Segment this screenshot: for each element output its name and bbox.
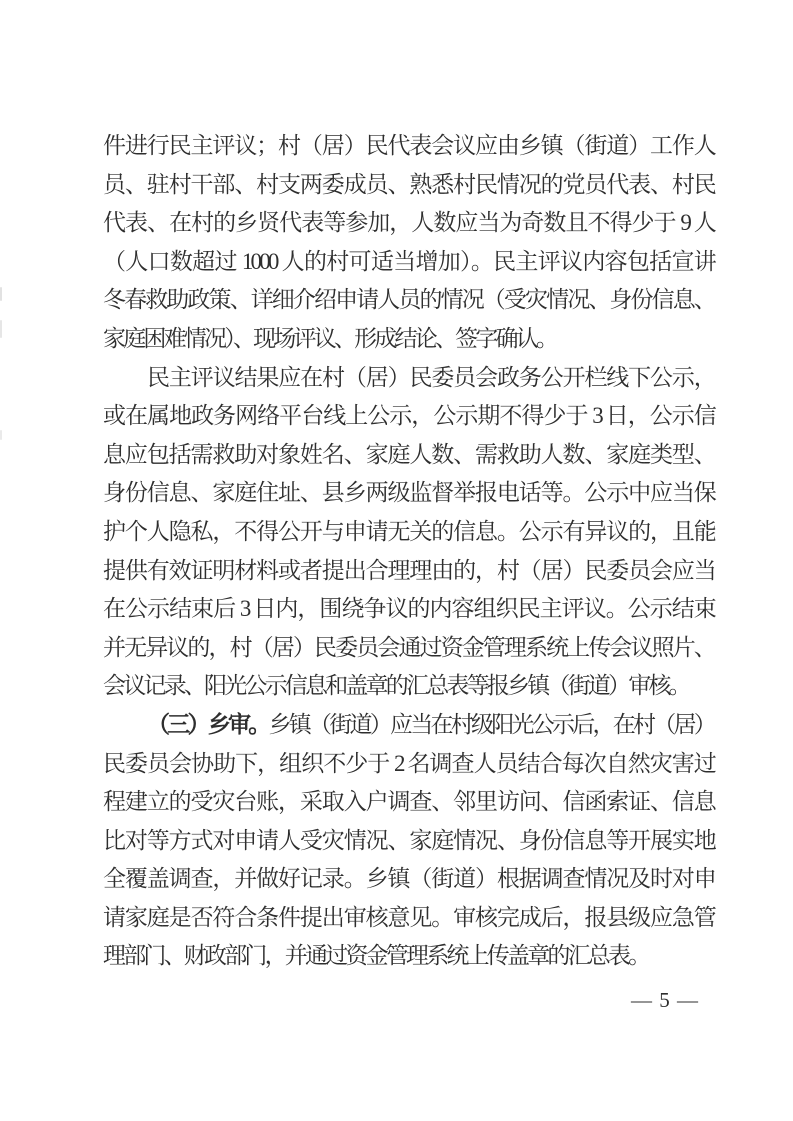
text-line: 身份信息、家庭住址、县乡两级监督举报电话等。公示中应当保 [103, 474, 714, 513]
text-line: 护个人隐私，不得公开与申请无关的信息。公示有异议的，且能 [103, 513, 714, 552]
text-line: 会议记录、阳光公示信息和盖章的汇总表等报乡镇（街道）审核。 [103, 667, 714, 706]
text-line: 息应包括需救助对象姓名、家庭人数、需救助人数、家庭类型、 [103, 436, 714, 475]
text-line-continuation: 乡镇（街道）应当在村级阳光公示后，在村（居） [269, 712, 714, 737]
text-line: 或在属地政务网络平台线上公示，公示期不得少于 3 日，公示信 [103, 397, 714, 436]
section-heading: （三）乡审。 [147, 712, 269, 737]
scan-artifact [0, 287, 2, 301]
text-line: 请家庭是否符合条件提出审核意见。审核完成后，报县级应急管 [103, 899, 714, 938]
text-line: 民委员会协助下，组织不少于 2 名调查人员结合每次自然灾害过 [103, 745, 714, 784]
text-line: 全覆盖调查，并做好记录。乡镇（街道）根据调查情况及时对申 [103, 860, 714, 899]
page-number: — 5 — [631, 986, 699, 1014]
text-line: （人口数超过 1000 人的村可适当增加）。民主评议内容包括宣讲 [103, 243, 714, 282]
text-line: 民主评议结果应在村（居）民委员会政务公开栏线下公示， [103, 359, 714, 398]
text-line: 代表、在村的乡贤代表等参加，人数应当为奇数且不得少于 9 人 [103, 204, 714, 243]
text-line: 件进行民主评议；村（居）民代表会议应由乡镇（街道）工作人 [103, 127, 714, 166]
scan-artifact [0, 430, 2, 440]
scan-artifact [0, 320, 2, 338]
text-line: 程建立的受灾台账，采取入户调查、邻里访问、信函索证、信息 [103, 783, 714, 822]
document-body: 件进行民主评议；村（居）民代表会议应由乡镇（街道）工作人员、驻村干部、村支两委成… [103, 127, 714, 976]
text-line: 比对等方式对申请人受灾情况、家庭情况、身份信息等开展实地 [103, 822, 714, 861]
text-line: 在公示结束后 3 日内，围绕争议的内容组织民主评议。公示结束 [103, 590, 714, 629]
text-line: 理部门、财政部门，并通过资金管理系统上传盖章的汇总表。 [103, 937, 714, 976]
text-line: 员、驻村干部、村支两委成员、熟悉村民情况的党员代表、村民 [103, 166, 714, 205]
text-line: 提供有效证明材料或者提出合理理由的，村（居）民委员会应当 [103, 552, 714, 591]
text-line: 家庭困难情况）、现场评议、形成结论、签字确认。 [103, 320, 714, 359]
scanned-document-page: 件进行民主评议；村（居）民代表会议应由乡镇（街道）工作人员、驻村干部、村支两委成… [0, 0, 793, 1121]
text-line: 并无异议的，村（居）民委员会通过资金管理系统上传会议照片、 [103, 629, 714, 668]
text-line: （三）乡审。乡镇（街道）应当在村级阳光公示后，在村（居） [103, 706, 714, 745]
text-line: 冬春救助政策、详细介绍申请人员的情况（受灾情况、身份信息、 [103, 281, 714, 320]
